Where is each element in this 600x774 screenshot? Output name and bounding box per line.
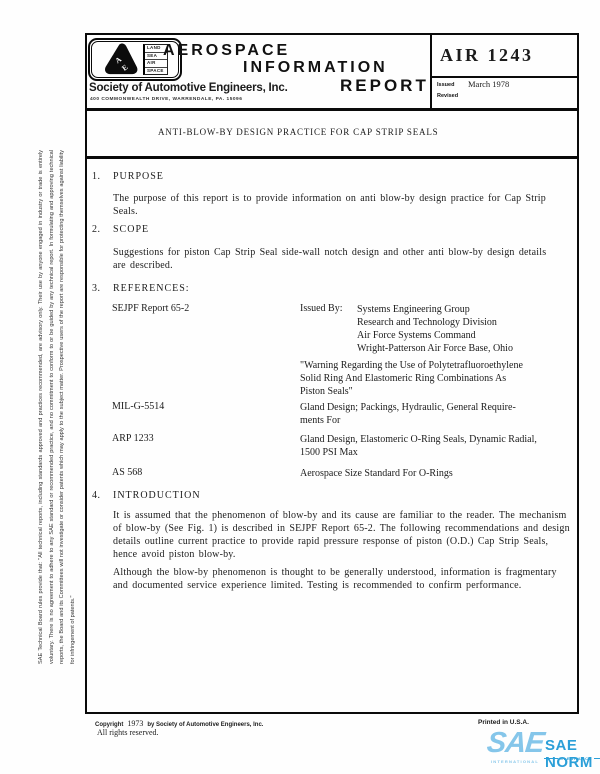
watermark-international: INTERNATIONAL bbox=[491, 759, 539, 764]
doc-number: AIR 1243 bbox=[440, 45, 534, 66]
ref-code-arp: ARP 1233 bbox=[112, 433, 154, 444]
copyright-line: Copyright 1973 by Society of Automotive … bbox=[95, 719, 263, 728]
org-name: Society of Automotive Engineers, Inc. bbox=[89, 82, 288, 94]
side-disclaimer: SAE Technical Board rules provide that: … bbox=[36, 150, 80, 664]
section-2-paragraph: Suggestions for piston Cap Strip Seal si… bbox=[113, 246, 561, 272]
clearance-dash-right bbox=[594, 758, 600, 759]
ref-desc-line: Piston Seals" bbox=[300, 385, 523, 398]
section-4-heading: INTRODUCTION bbox=[113, 490, 201, 501]
ref-code-mil: MIL-G-5514 bbox=[112, 401, 164, 412]
printed-in-usa: Printed in U.S.A. bbox=[478, 719, 529, 726]
header-bottom-rule bbox=[86, 108, 578, 111]
ref-desc-arp: Gland Design, Elastomeric O-Ring Seals, … bbox=[300, 433, 537, 459]
doc-type-report: REPORT bbox=[340, 76, 429, 96]
ref-warning-quote: "Warning Regarding the Use of Polytetraf… bbox=[300, 359, 523, 398]
rights-reserved: All rights reserved. bbox=[97, 728, 159, 737]
ref-code-sejpf: SEJPF Report 65-2 bbox=[112, 303, 189, 314]
section-4-paragraph-2: Although the blow-by phenomenon is thoug… bbox=[113, 566, 575, 592]
section-3-number: 3. bbox=[92, 283, 101, 294]
issued-label: Issued bbox=[437, 82, 454, 88]
clearance-text: CLEARANCE bbox=[560, 756, 592, 761]
doc-type-aerospace: AEROSPACE bbox=[163, 42, 290, 60]
section-1-paragraph: The purpose of this report is to provide… bbox=[113, 192, 561, 218]
ref-desc-sejpf: Systems Engineering Group Research and T… bbox=[357, 303, 513, 355]
ref-code-as: AS 568 bbox=[112, 467, 142, 478]
ref-desc-line: Gland Design; Packings, Hydraulic, Gener… bbox=[300, 401, 516, 414]
ref-desc-line: Gland Design, Elastomeric O-Ring Seals, … bbox=[300, 433, 537, 446]
ref-desc-line: "Warning Regarding the Use of Polytetraf… bbox=[300, 359, 523, 372]
watermark-clearance: CLEARANCE bbox=[544, 756, 600, 761]
ref-desc-line: 1500 PSI Max bbox=[300, 446, 537, 459]
clearance-dash-left bbox=[544, 758, 558, 759]
ref-desc-as: Aerospace Size Standard For O-Rings bbox=[300, 467, 453, 480]
ref-issued-by-label: Issued By: bbox=[300, 303, 343, 314]
ref-desc-line: Air Force Systems Command bbox=[357, 329, 513, 342]
revised-label: Revised bbox=[437, 93, 458, 99]
copyright-year: 1973 bbox=[127, 719, 143, 728]
section-1-number: 1. bbox=[92, 171, 101, 182]
org-address: 400 COMMONWEALTH DRIVE, WARRENDALE, PA. … bbox=[90, 97, 242, 102]
section-2-heading: SCOPE bbox=[113, 224, 149, 235]
document-page: S A E LAND SEA AIR SPACE Society of Auto… bbox=[0, 0, 600, 774]
section-2-number: 2. bbox=[92, 224, 101, 235]
header-vertical-divider bbox=[430, 34, 432, 109]
watermark-sae-norm: SAE NORM bbox=[545, 737, 600, 771]
ref-desc-line: Solid Ring And Elastomeric Ring Combinat… bbox=[300, 372, 523, 385]
section-1-heading: PURPOSE bbox=[113, 171, 164, 182]
ref-desc-line: Wright-Patterson Air Force Base, Ohio bbox=[357, 342, 513, 355]
section-4-paragraph-1: It is assumed that the phenomenon of blo… bbox=[113, 509, 575, 561]
logo-word-air: AIR bbox=[145, 60, 167, 68]
logo-word-space: SPACE bbox=[145, 68, 167, 75]
ref-desc-mil: Gland Design; Packings, Hydraulic, Gener… bbox=[300, 401, 516, 427]
page-title: ANTI-BLOW-BY DESIGN PRACTICE FOR CAP STR… bbox=[158, 127, 438, 137]
doc-type-information: INFORMATION bbox=[243, 59, 388, 77]
ref-desc-line: Systems Engineering Group bbox=[357, 303, 513, 316]
ref-desc-line: Aerospace Size Standard For O-Rings bbox=[300, 467, 453, 480]
copyright-suffix: by Society of Automotive Engineers, Inc. bbox=[147, 722, 263, 728]
issued-box-divider bbox=[431, 76, 578, 78]
watermark-sae-logo: SAE bbox=[485, 727, 545, 760]
section-4-number: 4. bbox=[92, 490, 101, 501]
side-disclaimer-text: SAE Technical Board rules provide that: … bbox=[36, 150, 80, 664]
title-bottom-rule bbox=[86, 156, 578, 159]
ref-desc-line: ments For bbox=[300, 414, 516, 427]
issued-value: March 1978 bbox=[468, 79, 509, 89]
ref-desc-line: Research and Technology Division bbox=[357, 316, 513, 329]
section-3-heading: REFERENCES: bbox=[113, 283, 190, 294]
sae-triangle-icon: S A E bbox=[102, 42, 140, 77]
